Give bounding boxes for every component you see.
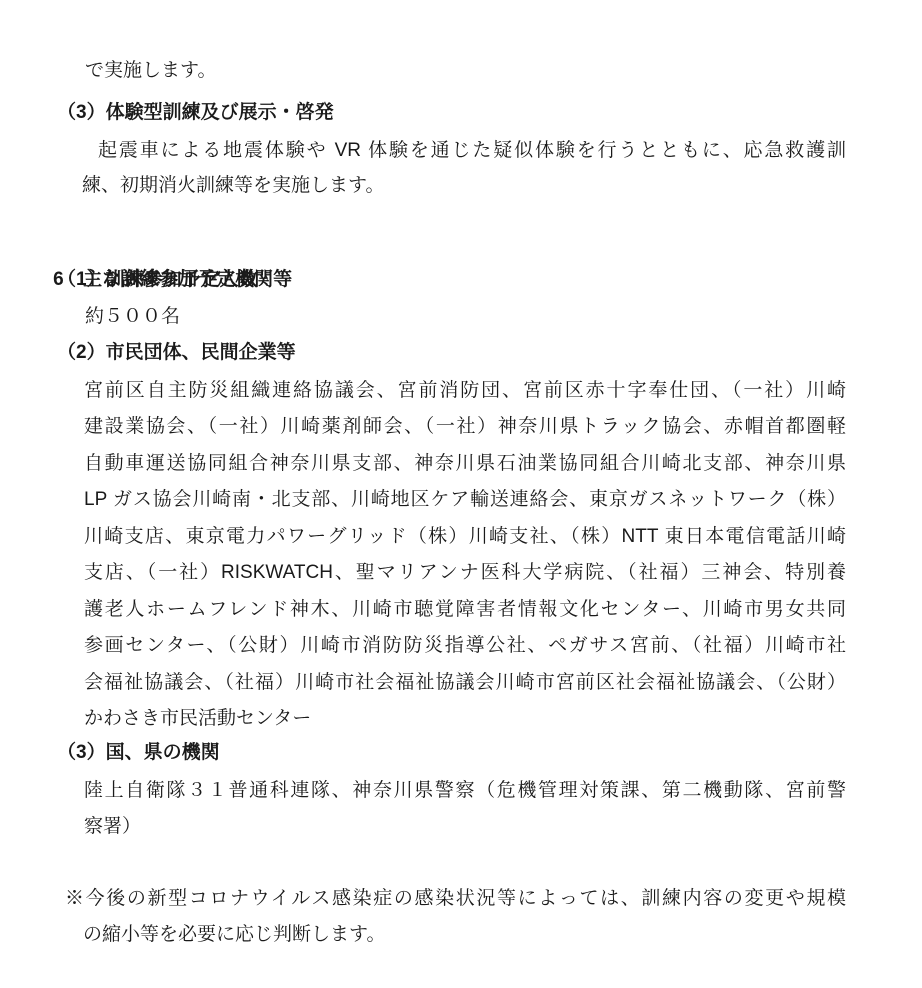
- heading-section3-experience: （3）体験型訓練及び展示・啓発: [57, 94, 334, 131]
- heading-sub3-government: （3）国、県の機関: [57, 734, 220, 771]
- organization-list-line: 川崎支店、東京電力パワーグリッド（株）川崎支社、（株）NTT 東日本電信電話川崎: [84, 518, 846, 555]
- heading-sub2-organizations: （2）市民団体、民間企業等: [57, 334, 296, 371]
- government-list-line: 察署）: [84, 808, 141, 845]
- document-page: で実施します。 （3）体験型訓練及び展示・啓発 起震車による地震体験や VR 体…: [0, 0, 922, 988]
- experience-paragraph-line: 起震車による地震体験や VR 体験を通じた疑似体験を行うとともに、応急救護訓: [98, 132, 846, 169]
- covid-note-line: の縮小等を必要に応じ判断します。: [83, 916, 385, 953]
- organization-list-line: 建設業協会、（一社）川崎薬剤師会、（一社）神奈川県トラック協会、赤帽首都圏軽: [84, 408, 846, 445]
- organization-list-line: 参画センター、（公財）川崎市消防防災指導公社、ペガサス宮前、（社福）川崎市社: [84, 627, 846, 664]
- heading-section6: 6主な訓練参加予定機関等: [32, 224, 292, 261]
- organization-list-line: 会福祉協議会、（社福）川崎市社会福祉協議会川崎市宮前区社会福祉協議会、（公財）: [84, 664, 846, 701]
- intro-paragraph-line: で実施します。: [85, 52, 216, 89]
- participants-count: 約５００名: [85, 298, 180, 335]
- covid-note-line: ※今後の新型コロナウイルス感染症の感染状況等によっては、訓練内容の変更や規模: [65, 880, 846, 917]
- organization-list-line: 宮前区自主防災組織連絡協議会、宮前消防団、宮前区赤十字奉仕団、（一社）川崎: [84, 372, 846, 409]
- organization-list-line: 支店、（一社）RISKWATCH、聖マリアンナ医科大学病院、（社福）三神会、特別…: [84, 554, 846, 591]
- organization-list-line: かわさき市民活動センター: [84, 700, 311, 737]
- government-list-line: 陸上自衛隊３１普通科連隊、神奈川県警察（危機管理対策課、第二機動隊、宮前警: [84, 772, 846, 809]
- experience-paragraph-line: 練、初期消火訓練等を実施します。: [82, 167, 384, 204]
- organization-list-line: LP ガス協会川崎南・北支部、川崎地区ケア輸送連絡会、東京ガスネットワーク（株）: [84, 481, 846, 518]
- organization-list-line: 自動車運送協同組合神奈川県支部、神奈川県石油業協同組合川崎北支部、神奈川県: [84, 445, 846, 482]
- heading-sub1-participants: （1）訓練参加予定人数: [57, 261, 258, 298]
- organization-list-line: 護老人ホームフレンド神木、川崎市聴覚障害者情報文化センター、川崎市男女共同: [84, 591, 846, 628]
